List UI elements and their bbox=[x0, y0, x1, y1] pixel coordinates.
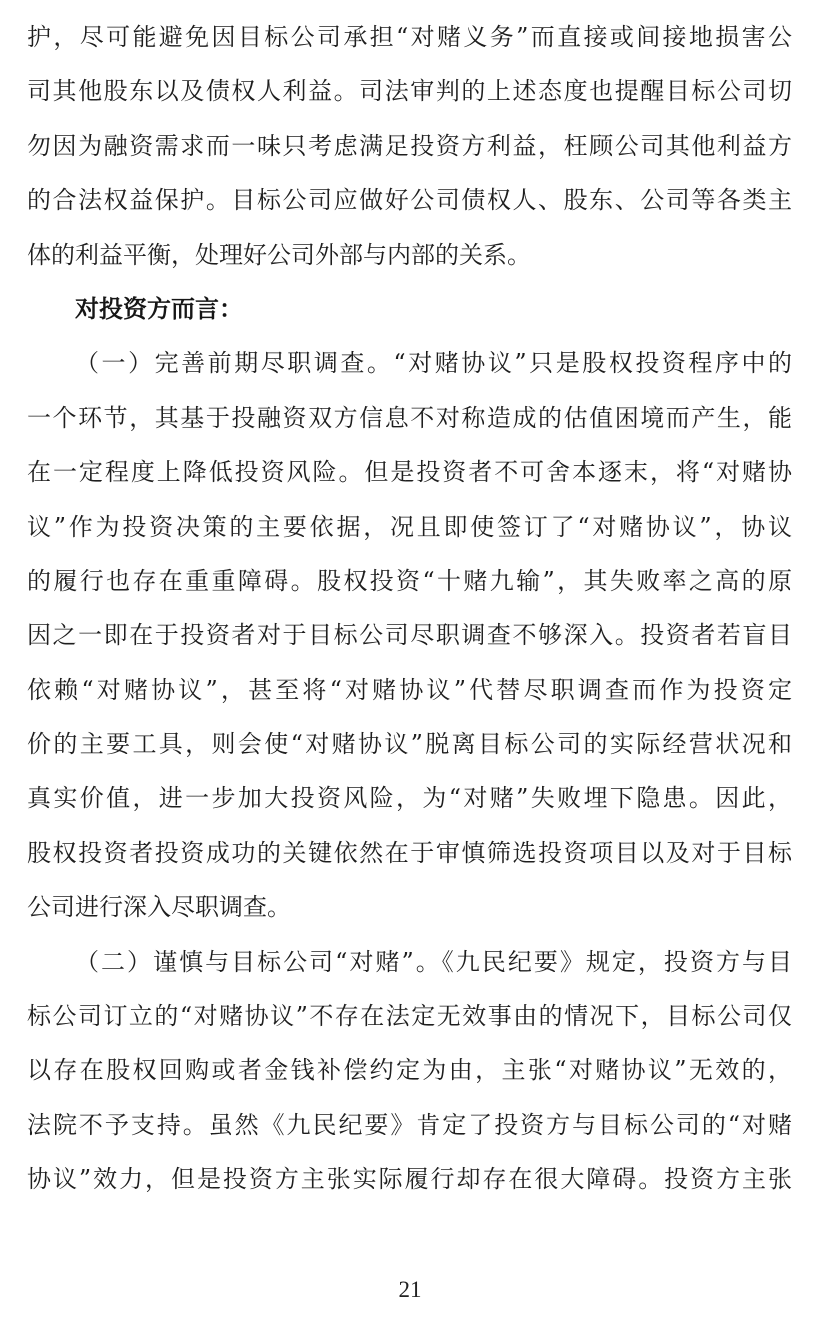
page-number: 21 bbox=[0, 1276, 820, 1304]
text-line: 议”作为投资决策的主要依据，况且即使签订了“对赌协议”，协议 bbox=[27, 500, 792, 554]
document-body: 护，尽可能避免因目标公司承担“对赌义务”而直接或间接地损害公 司其他股东以及债权… bbox=[27, 10, 792, 1207]
text-line: 的合法权益保护。目标公司应做好公司债权人、股东、公司等各类主 bbox=[27, 173, 792, 227]
paragraph-first-line: （二）谨慎与目标公司“对赌”。《九民纪要》规定，投资方与目 bbox=[27, 935, 792, 989]
text-line: 以存在股权回购或者金钱补偿约定为由，主张“对赌协议”无效的， bbox=[27, 1043, 792, 1097]
text-line: 公司进行深入尽职调查。 bbox=[27, 880, 792, 934]
text-line: 在一定程度上降低投资风险。但是投资者不可舍本逐末，将“对赌协 bbox=[27, 445, 792, 499]
section-heading: 对投资方而言： bbox=[27, 282, 792, 336]
text-line: 股权投资者投资成功的关键依然在于审慎筛选投资项目以及对于目标 bbox=[27, 826, 792, 880]
paragraph-first-line: （一）完善前期尽职调查。“对赌协议”只是股权投资程序中的 bbox=[27, 336, 792, 390]
document-page: 护，尽可能避免因目标公司承担“对赌义务”而直接或间接地损害公 司其他股东以及债权… bbox=[0, 0, 820, 1323]
text-line: 真实价值，进一步加大投资风险，为“对赌”失败埋下隐患。因此， bbox=[27, 771, 792, 825]
text-line: 依赖“对赌协议”，甚至将“对赌协议”代替尽职调查而作为投资定 bbox=[27, 663, 792, 717]
text-line: 司其他股东以及债权人利益。司法审判的上述态度也提醒目标公司切 bbox=[27, 64, 792, 118]
text-line: 的履行也存在重重障碍。股权投资“十赌九输”，其失败率之高的原 bbox=[27, 554, 792, 608]
text-line: 勿因为融资需求而一味只考虑满足投资方利益，枉顾公司其他利益方 bbox=[27, 119, 792, 173]
text-line: 因之一即在于投资者对于目标公司尽职调查不够深入。投资者若盲目 bbox=[27, 608, 792, 662]
text-line: 体的利益平衡，处理好公司外部与内部的关系。 bbox=[27, 228, 792, 282]
text-line: 价的主要工具，则会使“对赌协议”脱离目标公司的实际经营状况和 bbox=[27, 717, 792, 771]
text-line: 法院不予支持。虽然《九民纪要》肯定了投资方与目标公司的“对赌 bbox=[27, 1098, 792, 1152]
text-line: 护，尽可能避免因目标公司承担“对赌义务”而直接或间接地损害公 bbox=[27, 10, 792, 64]
text-line: 一个环节，其基于投融资双方信息不对称造成的估值困境而产生，能 bbox=[27, 391, 792, 445]
text-line: 标公司订立的“对赌协议”不存在法定无效事由的情况下，目标公司仅 bbox=[27, 989, 792, 1043]
text-line: 协议”效力，但是投资方主张实际履行却存在很大障碍。投资方主张 bbox=[27, 1152, 792, 1206]
